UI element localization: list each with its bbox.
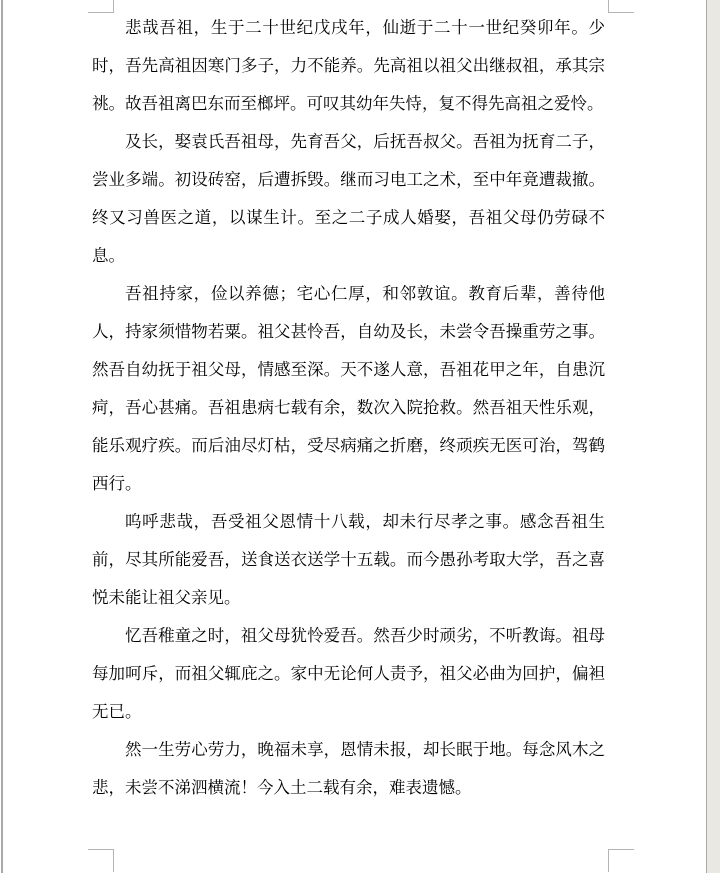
paragraph-2[interactable]: 及长，娶袁氏吾祖母，先育吾父，后抚吾叔父。吾祖为抚育二子，尝业多端。初设砖窑，后…: [92, 123, 605, 275]
page-left-edge-line: [1, 0, 3, 873]
margin-crop-mark-top-right: [608, 0, 634, 13]
document-page: 悲哉吾祖，生于二十世纪戊戌年，仙逝于二十一世纪癸卯年。少时，吾先高祖因寒门多子，…: [0, 0, 720, 873]
margin-crop-mark-bottom-left: [88, 849, 114, 872]
margin-crop-mark-bottom-right: [608, 849, 634, 872]
paragraph-4[interactable]: 呜呼悲哉，吾受祖父恩情十八载，却未行尽孝之事。感念吾祖生前，尽其所能爱吾，送食送…: [92, 503, 605, 617]
paragraph-1[interactable]: 悲哉吾祖，生于二十世纪戊戌年，仙逝于二十一世纪癸卯年。少时，吾先高祖因寒门多子，…: [92, 9, 605, 123]
document-text-area[interactable]: 悲哉吾祖，生于二十世纪戊戌年，仙逝于二十一世纪癸卯年。少时，吾先高祖因寒门多子，…: [92, 9, 605, 807]
paragraph-6[interactable]: 然一生劳心劳力，晚福未享，恩情未报，却长眠于地。每念风木之悲，未尝不涕泗横流！今…: [92, 731, 605, 807]
paragraph-3[interactable]: 吾祖持家，俭以养德；宅心仁厚，和邻敦谊。教育后辈，善待他人，持家须惜物若粟。祖父…: [92, 275, 605, 503]
window-background-strip: [707, 0, 720, 873]
paragraph-5[interactable]: 忆吾稚童之时，祖父母犹怜爱吾。然吾少时顽劣，不听教诲。祖母每加呵斥，而祖父辄庇之…: [92, 617, 605, 731]
